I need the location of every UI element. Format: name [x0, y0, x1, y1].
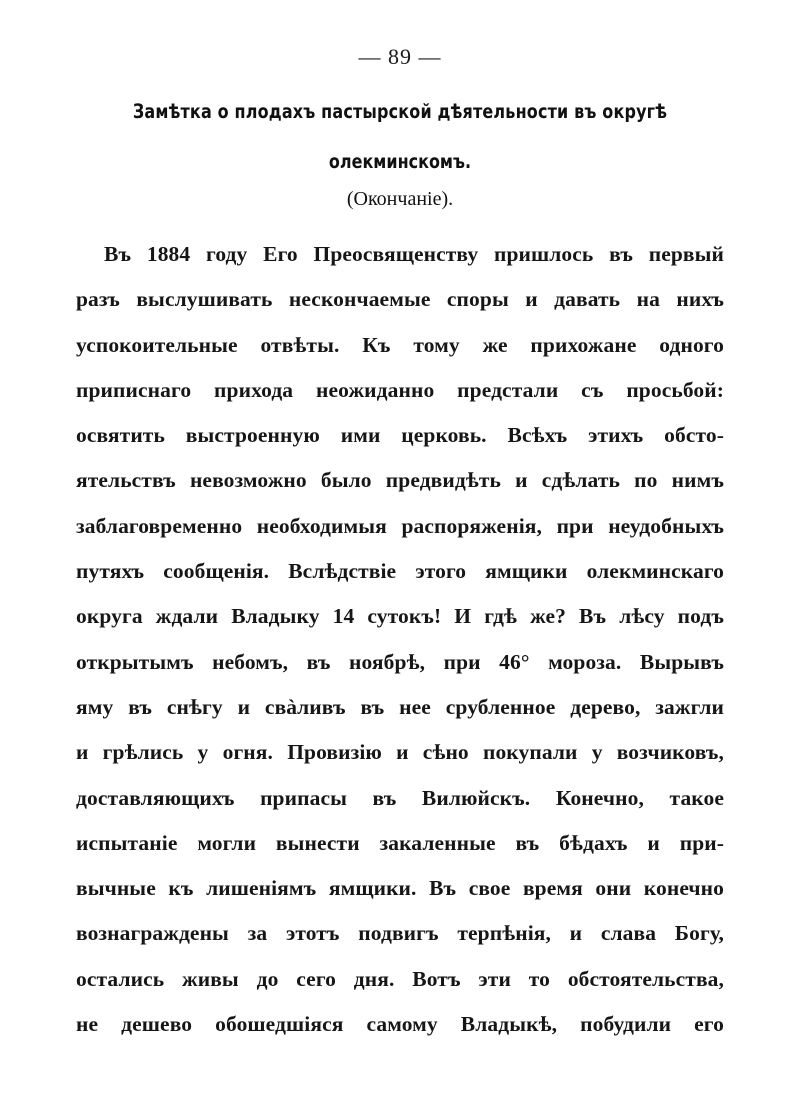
- text-line: вознаграждены за этотъ подвигъ терпѣнія,…: [76, 911, 724, 956]
- article-title-line-1: Замѣтка о плодахъ пастырской дѣятельност…: [121, 100, 679, 123]
- text-line: не дешево обошедшіяся самому Владыкѣ, по…: [76, 1002, 724, 1047]
- text-line: ятельствъ невозможно было предвидѣть и с…: [76, 458, 724, 503]
- text-line: освятить выстроенную ими церковь. Всѣхъ …: [76, 413, 724, 458]
- text-line: открытымъ небомъ, въ ноябрѣ, при 46° мор…: [76, 640, 724, 685]
- text-line: разъ выслушивать нескончаемые споры и да…: [76, 277, 724, 322]
- text-line: испытаніе могли вынести закаленные въ бѣ…: [76, 821, 724, 866]
- text-line: приписнаго прихода неожиданно предстали …: [76, 368, 724, 413]
- article-subtitle: (Окончаніе).: [0, 188, 800, 211]
- text-line: и грѣлись у огня. Провизію и сѣно покупа…: [76, 730, 724, 775]
- text-line: вычные къ лишеніямъ ямщики. Въ свое врем…: [76, 866, 724, 911]
- text-line: округа ждали Владыку 14 сутокъ! И гдѣ же…: [76, 594, 724, 639]
- text-line: Въ 1884 году Его Преосвященству пришлось…: [76, 232, 724, 277]
- text-line: заблаговременно необходимыя распоряженія…: [76, 504, 724, 549]
- text-line: доставляющихъ припасы въ Вилюйскъ. Конеч…: [76, 776, 724, 821]
- article-title-line-2: олекминскомъ.: [72, 150, 728, 173]
- page-number: — 89 —: [0, 44, 800, 70]
- document-page: — 89 — Замѣтка о плодахъ пастырской дѣят…: [0, 0, 800, 1120]
- text-line: успокоительные отвѣты. Къ тому же прихож…: [76, 323, 724, 368]
- body-text: Въ 1884 году Его Преосвященству пришлось…: [76, 232, 724, 1047]
- text-line: яму въ снѣгу и свàливъ въ нее срубленное…: [76, 685, 724, 730]
- text-line: остались живы до сего дня. Вотъ эти то о…: [76, 957, 724, 1002]
- text-line: путяхъ сообщенія. Вслѣдствіе этого ямщик…: [76, 549, 724, 594]
